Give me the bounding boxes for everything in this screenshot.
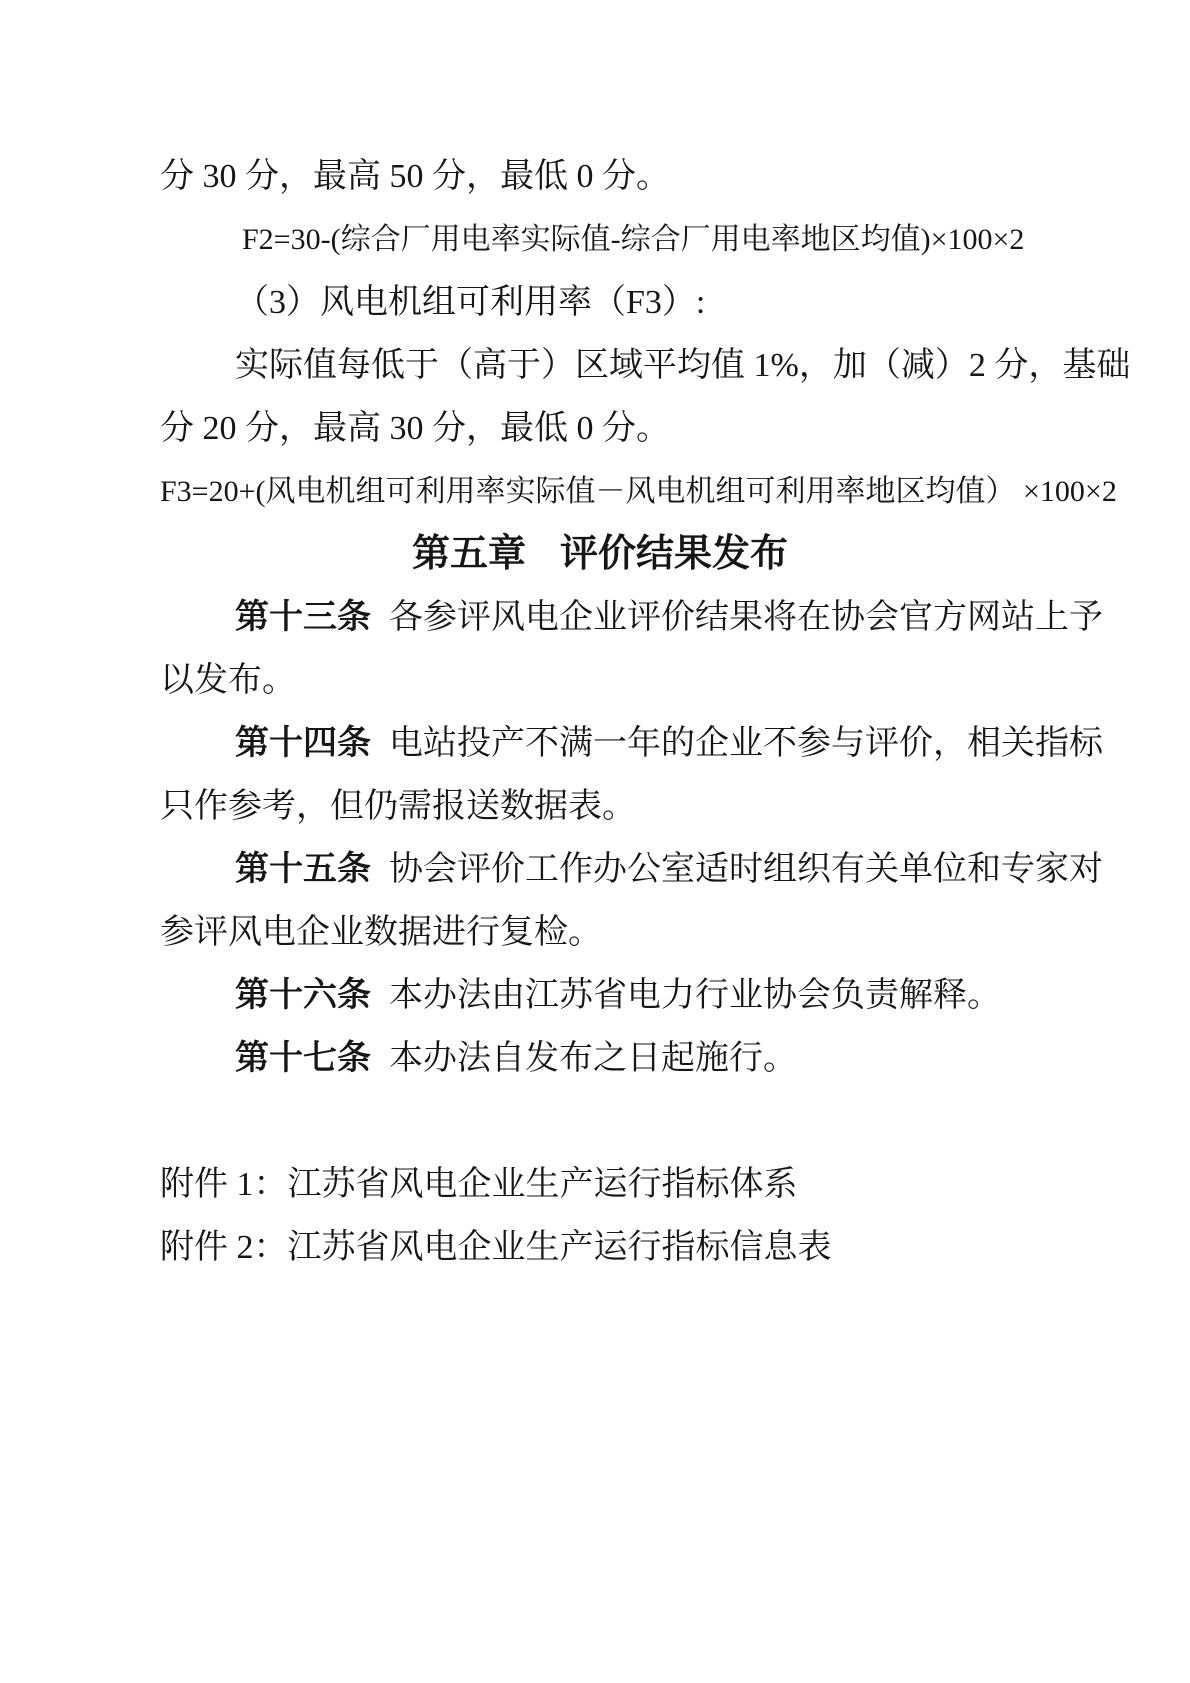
item-3-heading: （3）风电机组可利用率（F3）: [160,271,1040,334]
article-15-label: 第十五条 [235,850,371,888]
document-content: 分 30 分，最高 50 分，最低 0 分。 F2=30-(综合厂用电率实际值-… [160,145,1040,1279]
article-15-text: 协会评价工作办公室适时组织有关单位和专家对 [389,851,1103,888]
body-line-score-30: 分 30 分，最高 50 分，最低 0 分。 [160,145,1040,208]
formula-f2: F2=30-(综合厂用电率实际值-综合厂用电率地区均值)×100×2 [160,208,1040,271]
document-page: 分 30 分，最高 50 分，最低 0 分。 F2=30-(综合厂用电率实际值-… [0,0,1190,1683]
chapter-title: 评价结果发布 [560,533,788,575]
article-15-line: 第十五条协会评价工作办公室适时组织有关单位和专家对 [160,838,1040,901]
article-13-text: 各参评风电企业评价结果将在协会官方网站上予 [389,599,1103,636]
article-17-text: 本办法自发布之日起施行。 [389,1040,797,1077]
chapter-number: 第五章 [412,533,526,575]
article-17-line: 第十七条本办法自发布之日起施行。 [160,1027,1040,1090]
article-16-label: 第十六条 [235,976,371,1014]
article-15-continuation: 参评风电企业数据进行复检。 [160,901,1040,964]
article-14-continuation: 只作参考，但仍需报送数据表。 [160,775,1040,838]
body-line-score-20: 分 20 分，最高 30 分，最低 0 分。 [160,397,1040,460]
article-13-label: 第十三条 [235,598,371,636]
article-16-text: 本办法由江苏省电力行业协会负责解释。 [389,977,1001,1014]
article-14-line: 第十四条电站投产不满一年的企业不参与评价，相关指标 [160,712,1040,775]
article-13-continuation: 以发布。 [160,649,1040,712]
body-line-f3-rule: 实际值每低于（高于）区域平均值 1%，加（减）2 分，基础 [160,334,1040,397]
blank-gap [160,1090,1040,1153]
article-14-label: 第十四条 [235,724,371,762]
article-16-line: 第十六条本办法由江苏省电力行业协会负责解释。 [160,964,1040,1027]
formula-f3: F3=20+(风电机组可利用率实际值－风电机组可利用率地区均值） ×100×2 [160,460,1040,523]
article-17-label: 第十七条 [235,1039,371,1077]
chapter-5-heading: 第五章评价结果发布 [160,523,1040,586]
article-13-line: 第十三条各参评风电企业评价结果将在协会官方网站上予 [160,586,1040,649]
article-14-text: 电站投产不满一年的企业不参与评价，相关指标 [389,725,1103,762]
attachment-1-line: 附件 1：江苏省风电企业生产运行指标体系 [160,1153,1040,1216]
attachment-2-line: 附件 2：江苏省风电企业生产运行指标信息表 [160,1216,1040,1279]
